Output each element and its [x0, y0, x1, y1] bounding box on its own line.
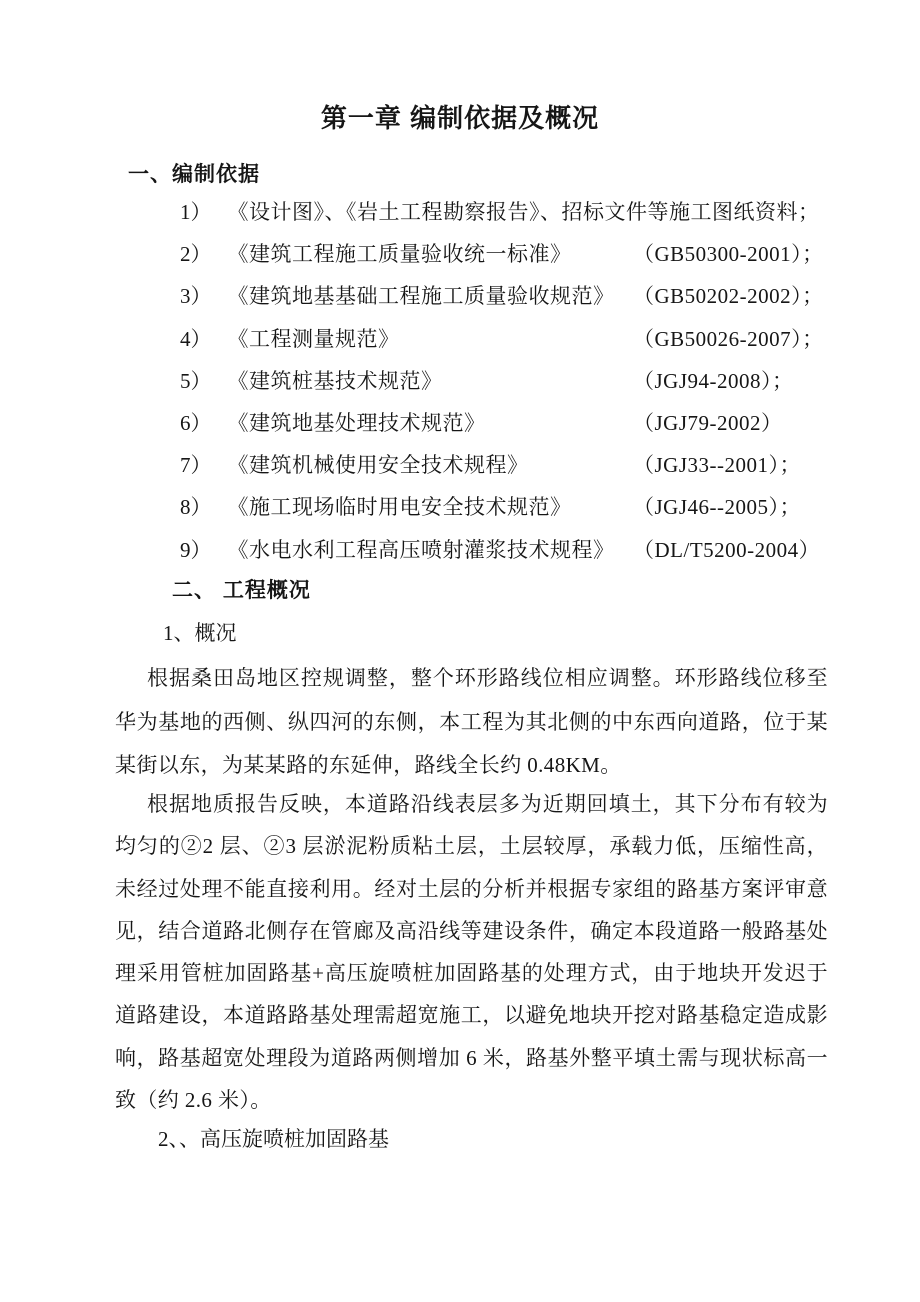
reference-code: （GB50202-2002）；: [633, 275, 824, 317]
subsection-heading-overview-1: 1、概况: [163, 618, 237, 648]
reference-number: 2）: [180, 233, 212, 275]
reference-title: 《建筑机械使用安全技术规程》: [228, 444, 529, 486]
reference-title: 《建筑地基基础工程施工质量验收规范》: [228, 275, 615, 317]
reference-list: 1）《设计图》、《岩土工程勘察报告》、招标文件等施工图纸资料； 2）《建筑工程施…: [0, 191, 920, 571]
section-heading-basis: 一、编制依据: [128, 160, 260, 190]
reference-code: （JGJ79-2002）: [633, 402, 783, 444]
reference-item: 9）《水电水利工程高压喷射灌浆技术规程》（DL/T5200-2004）: [0, 529, 920, 571]
reference-number: 7）: [180, 444, 212, 486]
reference-code: （JGJ94-2008）；: [633, 360, 794, 402]
reference-item: 3）《建筑地基基础工程施工质量验收规范》（GB50202-2002）；: [0, 275, 920, 317]
reference-title: 《施工现场临时用电安全技术规范》: [228, 486, 572, 528]
reference-item: 5）《建筑桩基技术规范》（JGJ94-2008）；: [0, 360, 920, 402]
reference-item: 7）《建筑机械使用安全技术规程》（JGJ33--2001）；: [0, 444, 920, 486]
overview-paragraph-1: 根据桑田岛地区控规调整，整个环形路线位相应调整。环形路线位移至华为基地的西侧、纵…: [115, 657, 828, 788]
reference-code: （DL/T5200-2004）: [633, 529, 820, 571]
chapter-title: 第一章 编制依据及概况: [0, 100, 920, 136]
reference-code: （GB50300-2001）；: [633, 233, 824, 275]
section-heading-overview: 二、 工程概况: [172, 576, 311, 606]
reference-item: 8）《施工现场临时用电安全技术规范》（JGJ46--2005）；: [0, 486, 920, 528]
reference-number: 9）: [180, 529, 212, 571]
reference-title: 《建筑地基处理技术规范》: [228, 402, 486, 444]
reference-number: 1）: [180, 191, 212, 233]
reference-item: 1）《设计图》、《岩土工程勘察报告》、招标文件等施工图纸资料；: [0, 191, 920, 233]
reference-number: 4）: [180, 318, 212, 360]
reference-title: 《工程测量规范》: [228, 318, 400, 360]
reference-title: 《建筑工程施工质量验收统一标准》: [228, 233, 572, 275]
reference-code: （JGJ46--2005）；: [633, 486, 801, 528]
subsection-heading-overview-2: 2、、高压旋喷桩加固路基: [158, 1124, 389, 1154]
reference-title: 《建筑桩基技术规范》: [228, 360, 443, 402]
reference-title: 《设计图》、《岩土工程勘察报告》、招标文件等施工图纸资料；: [228, 191, 820, 233]
reference-item: 6）《建筑地基处理技术规范》（JGJ79-2002）: [0, 402, 920, 444]
document-page: 第一章 编制依据及概况 一、编制依据 1）《设计图》、《岩土工程勘察报告》、招标…: [0, 0, 920, 1302]
reference-title: 《水电水利工程高压喷射灌浆技术规程》: [228, 529, 615, 571]
reference-code: （GB50026-2007）；: [633, 318, 824, 360]
reference-item: 2）《建筑工程施工质量验收统一标准》（GB50300-2001）；: [0, 233, 920, 275]
reference-number: 5）: [180, 360, 212, 402]
reference-number: 8）: [180, 486, 212, 528]
reference-number: 3）: [180, 275, 212, 317]
reference-code: （JGJ33--2001）；: [633, 444, 801, 486]
overview-paragraph-2: 根据地质报告反映，本道路沿线表层多为近期回填土，其下分布有较为均匀的②2 层、②…: [115, 783, 828, 1121]
reference-number: 6）: [180, 402, 212, 444]
reference-item: 4）《工程测量规范》（GB50026-2007）；: [0, 318, 920, 360]
